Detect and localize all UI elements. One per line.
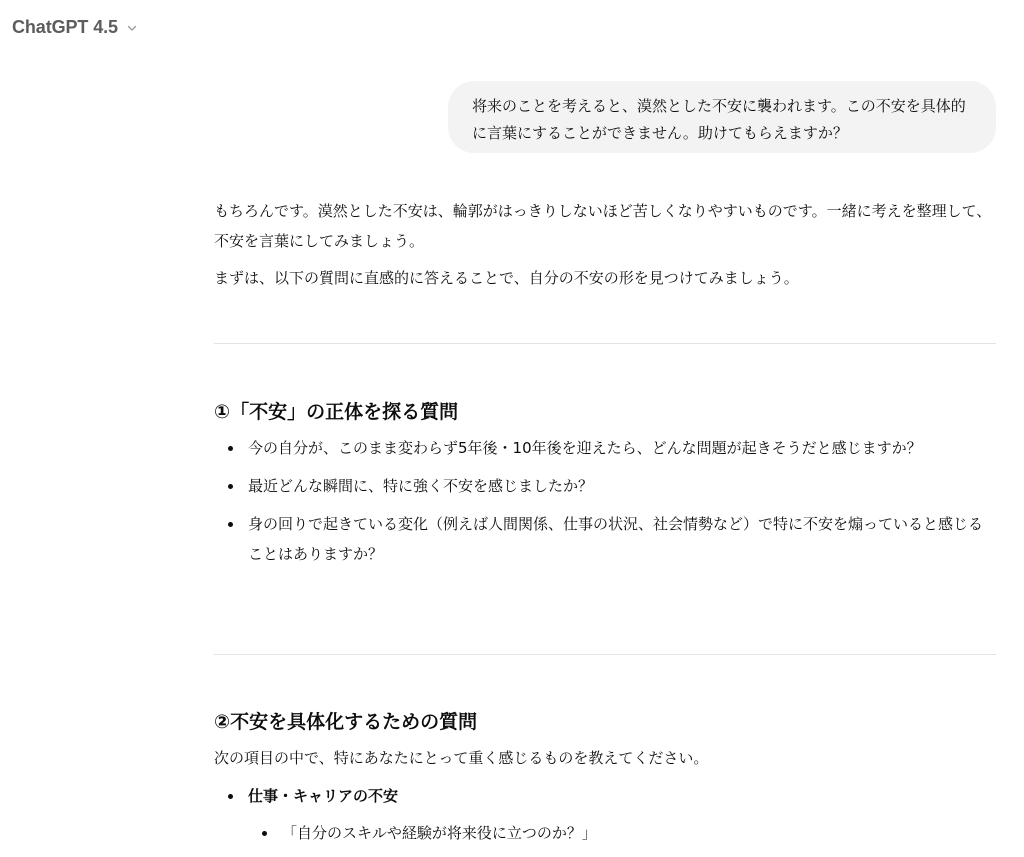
section-heading: ②不安を具体化するための質問 (214, 707, 996, 737)
assistant-paragraph: まずは、以下の質問に直感的に答えることで、自分の不安の形を見つけてみましょう。 (214, 263, 996, 293)
model-selector[interactable]: ChatGPT 4.5 (12, 14, 138, 40)
section-concretize-anxiety: ②不安を具体化するための質問 次の項目の中で、特にあなたにとって重く感じるものを… (214, 707, 996, 856)
section-heading: ①「不安」の正体を探る質問 (214, 397, 996, 427)
user-message-text: 将来のことを考えると、漠然とした不安に襲われます。この不安を具体的に言葉にするこ… (472, 97, 966, 142)
bullet-icon (228, 446, 233, 451)
section-identify-anxiety: ①「不安」の正体を探る質問 今の自分が、このまま変わらず5年後・10年後を迎えた… (214, 397, 996, 577)
bullet-icon (262, 831, 267, 836)
section-divider (214, 343, 996, 344)
list-item: 身の回りで起きている変化（例えば人間関係、仕事の状況、社会情勢など）で特に不安を… (214, 509, 996, 569)
section-intro: 次の項目の中で、特にあなたにとって重く感じるものを教えてください。 (214, 743, 996, 773)
list-item: 最近どんな瞬間に、特に強く不安を感じましたか？ (214, 471, 996, 501)
question-list: 今の自分が、このまま変わらず5年後・10年後を迎えたら、どんな問題が起きそうだと… (214, 433, 996, 569)
bullet-icon (228, 794, 233, 799)
chevron-down-icon (126, 22, 138, 34)
list-item: 「自分のスキルや経験が将来役に立つのか？」 (248, 818, 996, 848)
category-list: 仕事・キャリアの不安 「自分のスキルや経験が将来役に立つのか？」 (214, 781, 996, 848)
user-message-bubble: 将来のことを考えると、漠然とした不安に襲われます。この不安を具体的に言葉にするこ… (448, 81, 996, 153)
bullet-icon (228, 484, 233, 489)
list-item: 今の自分が、このまま変わらず5年後・10年後を迎えたら、どんな問題が起きそうだと… (214, 433, 996, 463)
section-divider (214, 654, 996, 655)
model-name: ChatGPT 4.5 (12, 17, 118, 38)
bullet-icon (228, 522, 233, 527)
nested-list: 「自分のスキルや経験が将来役に立つのか？」 (248, 818, 996, 848)
assistant-paragraph: もちろんです。漠然とした不安は、輪郭がはっきりしないほど苦しくなりやすいものです… (214, 196, 996, 256)
assistant-message: もちろんです。漠然とした不安は、輪郭がはっきりしないほど苦しくなりやすいものです… (214, 196, 996, 293)
list-item-category: 仕事・キャリアの不安 「自分のスキルや経験が将来役に立つのか？」 (214, 781, 996, 848)
